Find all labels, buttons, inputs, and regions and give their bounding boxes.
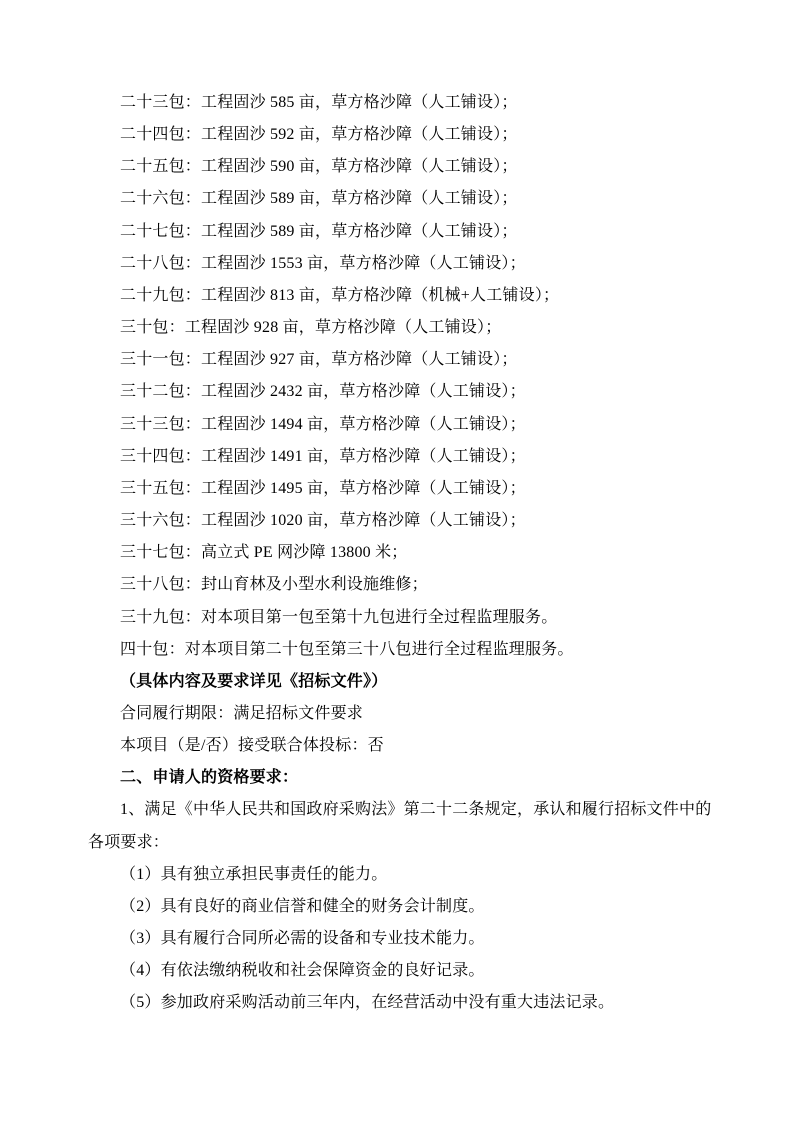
- paragraph-line: 本项目（是/否）接受联合体投标：否: [88, 730, 705, 762]
- paragraph-line: 二、申请人的资格要求：: [88, 762, 705, 794]
- paragraph-line: 三十三包：工程固沙 1494 亩，草方格沙障（人工铺设）；: [88, 409, 705, 441]
- paragraph-line: 四十包：对本项目第二十包至第三十八包进行全过程监理服务。: [88, 634, 705, 666]
- paragraph-line: 三十包：工程固沙 928 亩，草方格沙障（人工铺设）；: [88, 312, 705, 344]
- paragraph-line: 三十六包：工程固沙 1020 亩，草方格沙障（人工铺设）；: [88, 505, 705, 537]
- paragraph-line: （2）具有良好的商业信誉和健全的财务会计制度。: [88, 891, 705, 923]
- paragraph-line: 二十三包：工程固沙 585 亩，草方格沙障（人工铺设）；: [88, 87, 705, 119]
- document-body: 二十三包：工程固沙 585 亩，草方格沙障（人工铺设）；二十四包：工程固沙 59…: [88, 87, 705, 1020]
- paragraph-line: 二十四包：工程固沙 592 亩，草方格沙障（人工铺设）；: [88, 119, 705, 151]
- paragraph-line: （具体内容及要求详见《招标文件》）: [88, 666, 705, 698]
- paragraph-line: 三十八包：封山育林及小型水利设施维修；: [88, 569, 705, 601]
- paragraph-line: 三十九包：对本项目第一包至第十九包进行全过程监理服务。: [88, 602, 705, 634]
- paragraph-line: 各项要求：: [88, 827, 705, 859]
- paragraph-line: 1、满足《中华人民共和国政府采购法》第二十二条规定，承认和履行招标文件中的: [88, 794, 705, 826]
- paragraph-line: 三十二包：工程固沙 2432 亩，草方格沙障（人工铺设）；: [88, 376, 705, 408]
- paragraph-line: （3）具有履行合同所必需的设备和专业技术能力。: [88, 923, 705, 955]
- paragraph-line: （1）具有独立承担民事责任的能力。: [88, 859, 705, 891]
- paragraph-line: （4）有依法缴纳税收和社会保障资金的良好记录。: [88, 955, 705, 987]
- document-page: 二十三包：工程固沙 585 亩，草方格沙障（人工铺设）；二十四包：工程固沙 59…: [0, 0, 793, 1122]
- paragraph-line: 三十五包：工程固沙 1495 亩，草方格沙障（人工铺设）；: [88, 473, 705, 505]
- paragraph-line: 二十八包：工程固沙 1553 亩，草方格沙障（人工铺设）；: [88, 248, 705, 280]
- paragraph-line: 三十一包：工程固沙 927 亩，草方格沙障（人工铺设）；: [88, 344, 705, 376]
- paragraph-line: 三十七包：高立式 PE 网沙障 13800 米；: [88, 537, 705, 569]
- paragraph-line: （5）参加政府采购活动前三年内，在经营活动中没有重大违法记录。: [88, 987, 705, 1019]
- paragraph-line: 合同履行期限：满足招标文件要求: [88, 698, 705, 730]
- paragraph-line: 二十七包：工程固沙 589 亩，草方格沙障（人工铺设）；: [88, 216, 705, 248]
- paragraph-line: 三十四包：工程固沙 1491 亩，草方格沙障（人工铺设）；: [88, 441, 705, 473]
- paragraph-line: 二十六包：工程固沙 589 亩，草方格沙障（人工铺设）；: [88, 183, 705, 215]
- paragraph-line: 二十五包：工程固沙 590 亩，草方格沙障（人工铺设）；: [88, 151, 705, 183]
- paragraph-line: 二十九包：工程固沙 813 亩，草方格沙障（机械+人工铺设）；: [88, 280, 705, 312]
